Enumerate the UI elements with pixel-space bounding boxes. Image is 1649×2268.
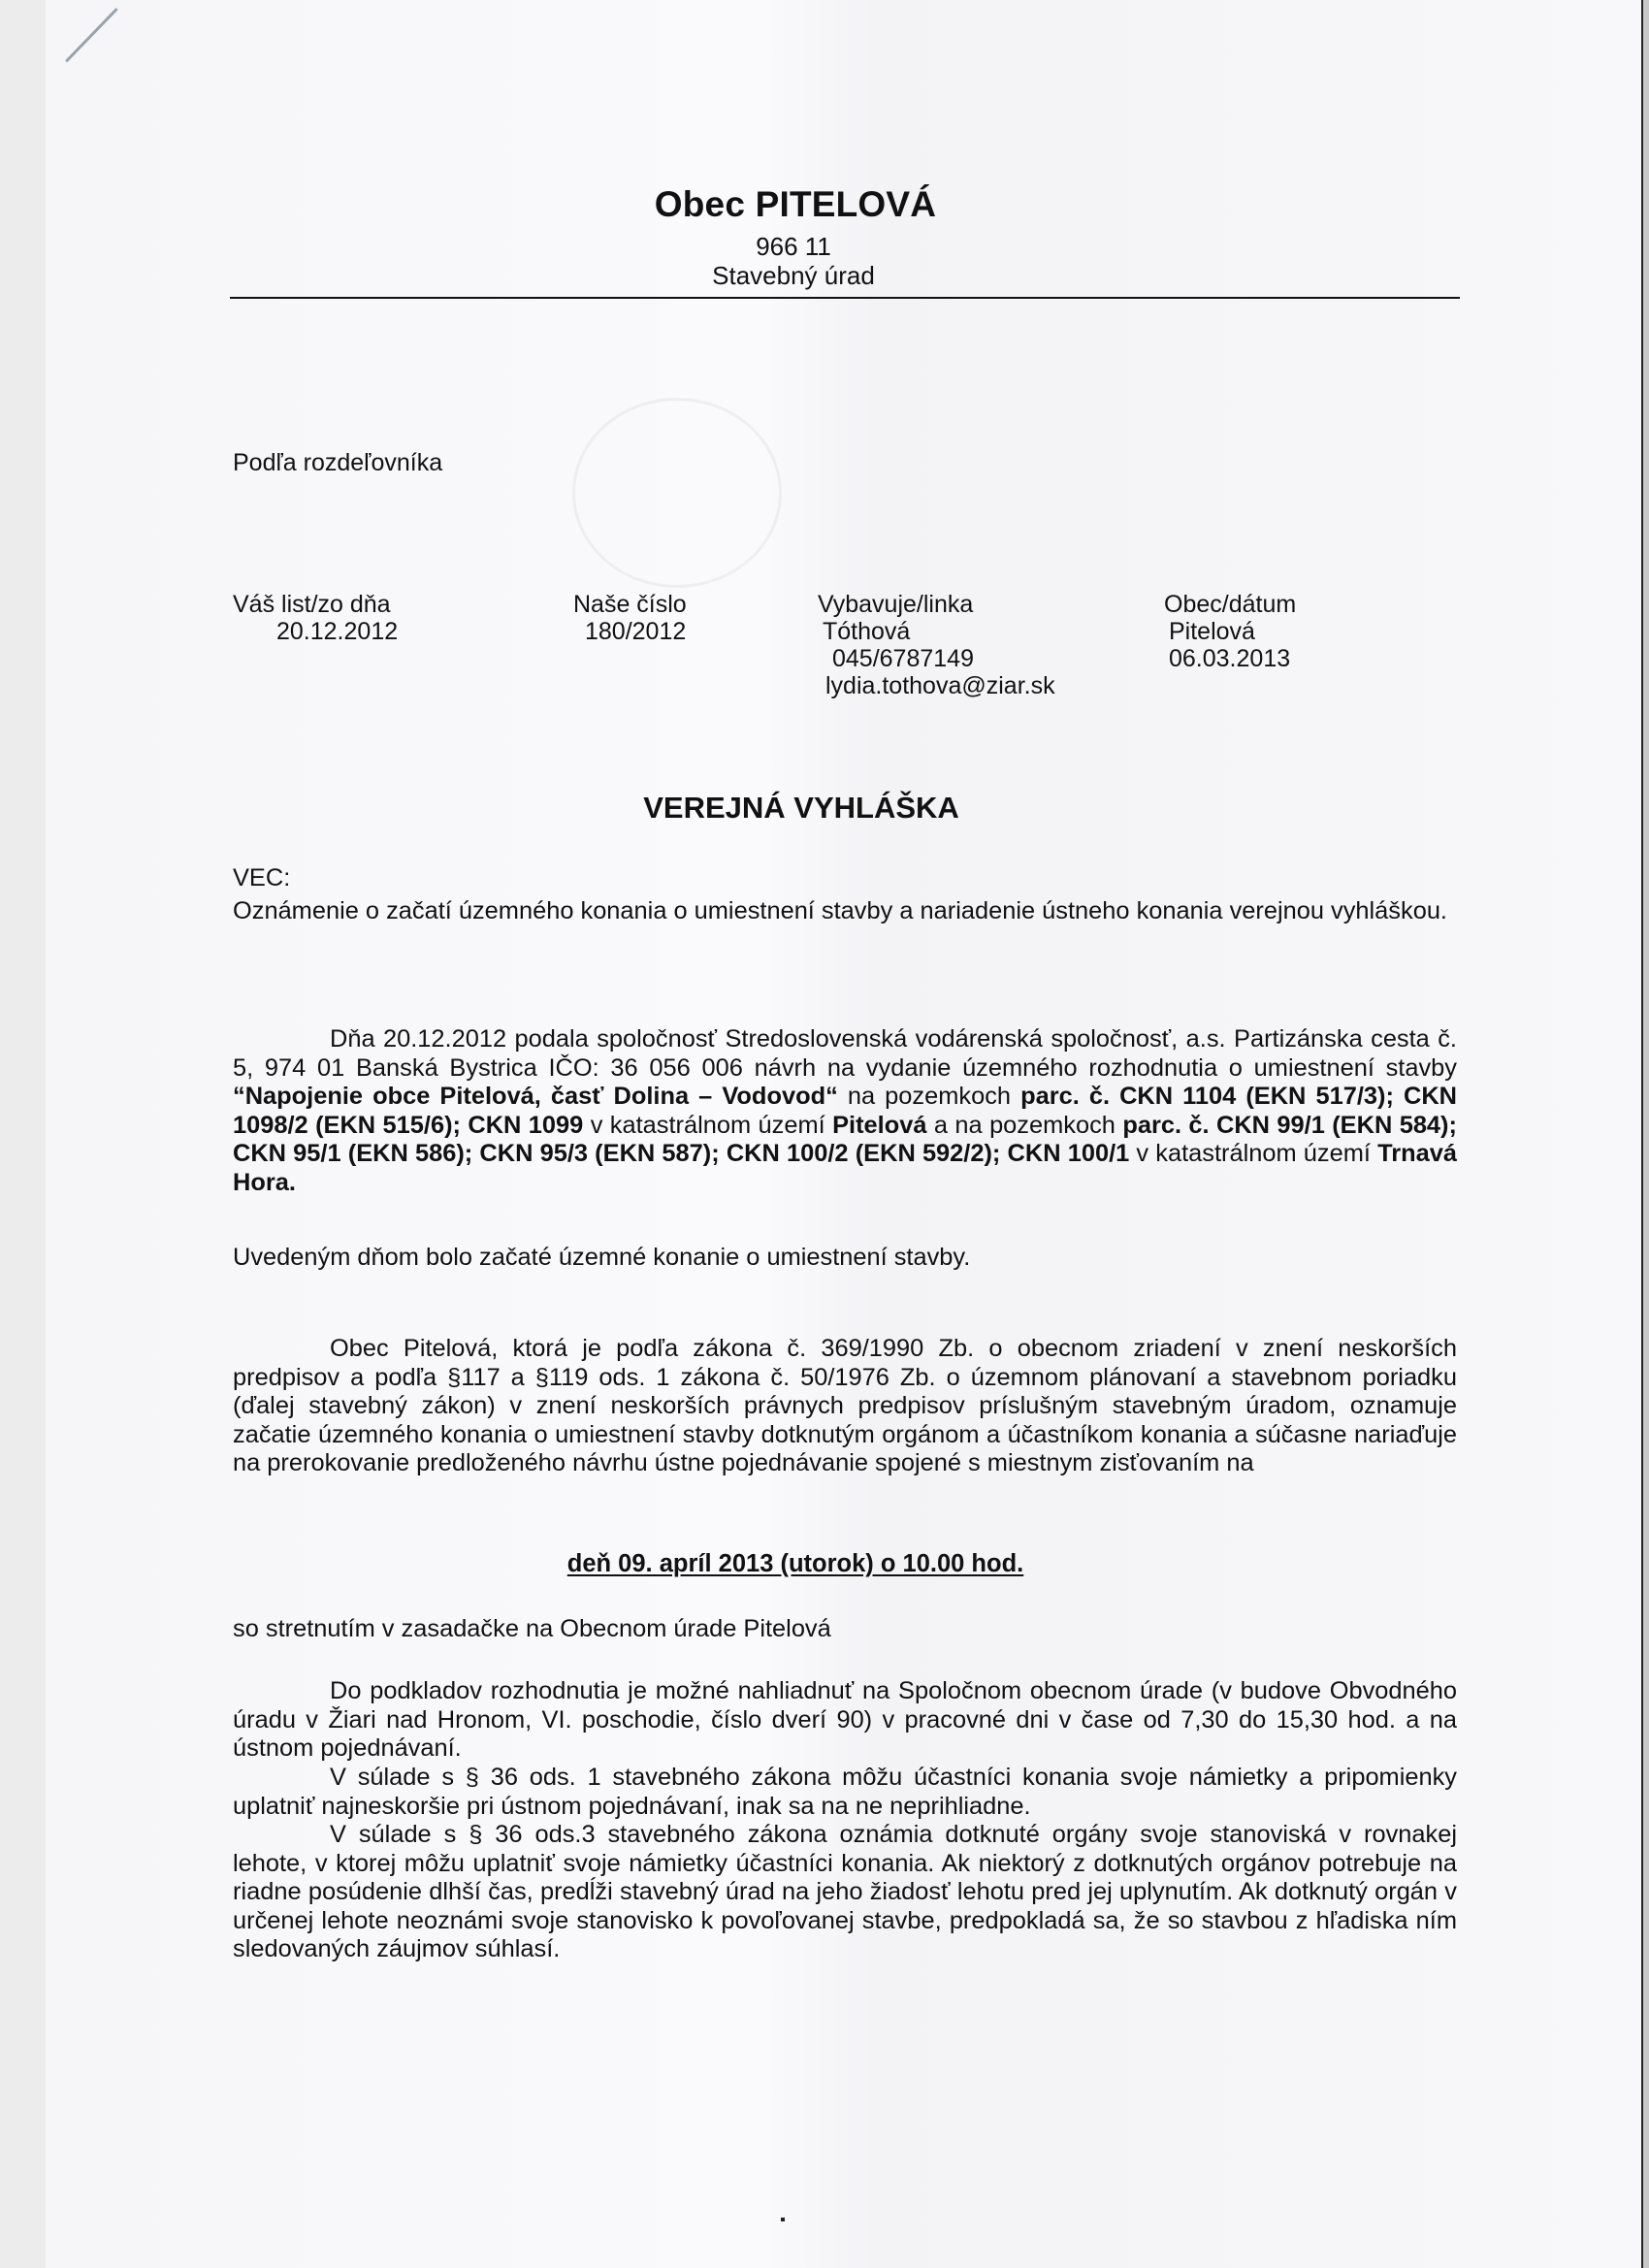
scan-margin-left: [0, 0, 46, 2268]
bold-run: Pitelová: [832, 1112, 926, 1139]
ref-label: Obec/dátum: [1164, 591, 1296, 618]
ref-label: Vybavuje/linka: [818, 591, 1055, 618]
letterhead-divider: [230, 297, 1460, 299]
ref-your-letter: Váš list/zo dňa 20.12.2012: [233, 591, 398, 645]
ref-our-number: Naše číslo 180/2012: [573, 591, 687, 645]
office-name: Stavebný úrad: [0, 261, 1618, 291]
text-run: v katastrálnom území: [1129, 1140, 1377, 1167]
authorities-paragraph: V súlade s § 36 ods.3 stavebného zákona …: [233, 1821, 1457, 1964]
meeting-place: so stretnutím v zasadačke na Obecnom úra…: [233, 1615, 1457, 1644]
ref-date: 06.03.2013: [1164, 645, 1296, 672]
ref-value: 180/2012: [573, 618, 687, 645]
ref-email: lydia.tothova@ziar.sk: [818, 672, 1055, 699]
objections-paragraph: V súlade s § 36 ods. 1 stavebného zákona…: [233, 1764, 1457, 1821]
subject-label: VEC:: [233, 864, 1457, 893]
ref-label: Naše číslo: [573, 591, 687, 618]
faint-stamp-icon: [572, 398, 782, 588]
started-paragraph: Uvedeným dňom bolo začaté územné konanie…: [233, 1244, 1457, 1273]
meeting-date: deň 09. apríl 2013 (utorok) o 10.00 hod.: [0, 1550, 1620, 1578]
notice-paragraph: Obec Pitelová, ktorá je podľa zákona č. …: [233, 1335, 1457, 1478]
documents-paragraph: Do podkladov rozhodnutia je možné nahlia…: [233, 1677, 1457, 1764]
ref-label: Váš list/zo dňa: [233, 591, 398, 618]
text-run: Dňa 20.12.2012 podala spoločnosť Stredos…: [233, 1025, 1457, 1082]
ref-value: Tóthová: [818, 618, 1055, 645]
scan-margin-right: [1641, 0, 1649, 2268]
postal-code: 966 11: [0, 232, 1618, 262]
scan-speck: [781, 2218, 785, 2221]
document-heading: VEREJNÁ VYHLÁŠKA: [0, 791, 1626, 826]
bold-run: “Napojenie obce Pitelová, časť Dolina – …: [233, 1083, 838, 1110]
text-run: na pozemkoch: [838, 1083, 1020, 1110]
text-run: a na pozemkoch: [926, 1112, 1122, 1139]
ref-value: 20.12.2012: [233, 618, 398, 645]
ref-handled-by: Vybavuje/linka Tóthová 045/6787149 lydia…: [818, 591, 1055, 699]
recipient: Podľa rozdeľovníka: [233, 449, 442, 478]
ref-place-date: Obec/dátum Pitelová 06.03.2013: [1164, 591, 1296, 672]
subject-text: Oznámenie o začatí územného konania o um…: [233, 897, 1457, 926]
application-paragraph: Dňa 20.12.2012 podala spoločnosť Stredos…: [233, 1025, 1457, 1198]
municipality-name: Obec PITELOVÁ: [0, 184, 1620, 225]
ref-value: Pitelová: [1164, 618, 1296, 645]
ref-phone: 045/6787149: [818, 645, 1055, 672]
text-run: v katastrálnom území: [583, 1112, 832, 1139]
